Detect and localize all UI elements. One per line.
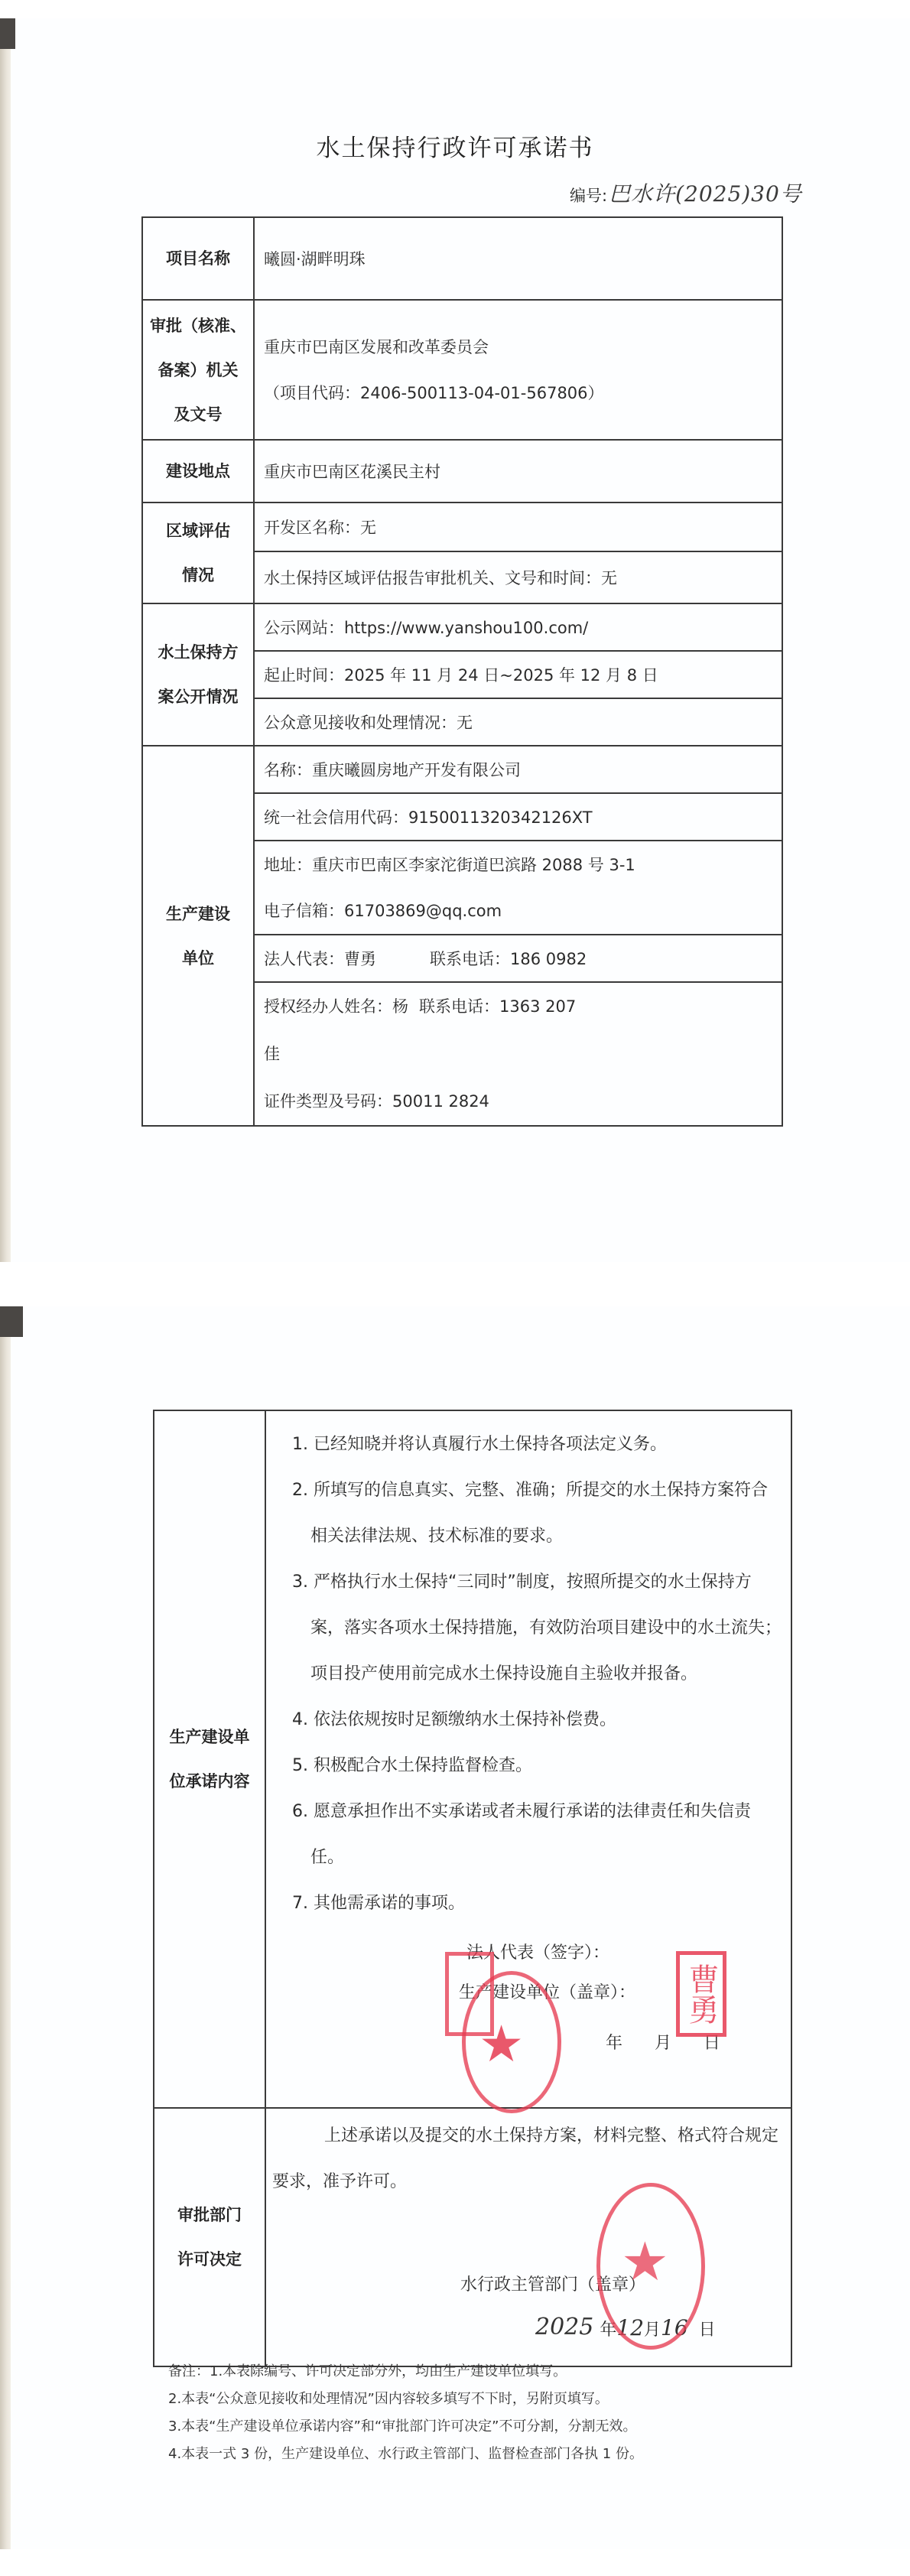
value-location: 重庆市巴南区花溪民主村	[254, 440, 782, 503]
commitment-item-cont: 相关法律法规、技术标准的要求。	[292, 1514, 785, 1560]
note-1: 备注：1.本表除编号、许可决定部分外，均由生产建设单位填写。	[168, 2358, 643, 2386]
value-address: 地址：重庆市巴南区李家沱街道巴滨路 2088 号 3-1	[264, 842, 782, 888]
value-email: 电子信箱：61703869@qq.com	[264, 888, 782, 934]
row-location: 建设地点 重庆市巴南区花溪民主村	[142, 440, 782, 503]
decision-text-1: 上述承诺以及提交的水土保持方案，材料完整、格式符合规定	[272, 2109, 785, 2159]
row-approval: 审批（核准、 备案）机关 及文号 重庆市巴南区发展和改革委员会 （项目代码：24…	[142, 300, 782, 440]
commitment-item-cont: 案，落实各项水土保持措施，有效防治项目建设中的水土流失；	[292, 1605, 785, 1651]
info-table: 项目名称 曦圆·湖畔明珠 审批（核准、 备案）机关 及文号 重庆市巴南区发展和改…	[141, 216, 783, 1127]
commitment-item: 6. 愿意承担作出不实承诺或者未履行承诺的法律责任和失信责	[292, 1789, 785, 1835]
value-period: 起止时间：2025 年 11 月 24 日~2025 年 12 月 8 日	[254, 651, 782, 698]
notes: 备注：1.本表除编号、许可决定部分外，均由生产建设单位填写。 2.本表“公众意见…	[168, 2358, 643, 2468]
serial-label: 编号:	[570, 187, 607, 205]
value-public-opinion: 公众意见接收和处理情况：无	[254, 698, 782, 746]
row-regional-1: 区域评估 情况 开发区名称：无	[142, 503, 782, 551]
value-assessment-report: 水土保持区域评估报告审批机关、文号和时间：无	[254, 551, 782, 603]
commitment-item-cont: 任。	[292, 1835, 785, 1881]
commitment-item: 1. 已经知晓并将认真履行水土保持各项法定义务。	[292, 1422, 785, 1468]
label-project-name: 项目名称	[142, 217, 254, 300]
commitment-item: 2. 所填写的信息真实、完整、准确；所提交的水土保持方案符合	[292, 1468, 785, 1514]
company-seal-star: ★	[479, 2019, 524, 2070]
commitment-item-cont: 项目投产使用前完成水土保持设施自主验收并报备。	[292, 1651, 785, 1697]
document-title: 水土保持行政许可承诺书	[0, 128, 910, 163]
value-unit-name: 名称：重庆曦圆房地产开发有限公司	[254, 746, 782, 793]
label-decision: 审批部门 许可决定	[154, 2108, 265, 2366]
row-disclosure-1: 水土保持方 案公开情况 公示网站：https://www.yanshou100.…	[142, 603, 782, 651]
row-unit-name: 生产建设 单位 名称：重庆曦圆房地产开发有限公司	[142, 746, 782, 793]
commitment-item: 5. 积极配合水土保持监督检查。	[292, 1743, 785, 1789]
date-year-handwritten: 2025	[535, 2314, 593, 2340]
value-dev-zone: 开发区名称：无	[254, 503, 782, 551]
note-2: 2.本表“公众意见接收和处理情况”因内容较多填写不下时，另附页填写。	[168, 2386, 643, 2413]
commitment-item: 3. 严格执行水土保持“三同时”制度，按照所提交的水土保持方	[292, 1560, 785, 1605]
scan-edge	[0, 1306, 11, 2549]
serial-number: 编号:巴水许(2025)30号	[570, 177, 802, 208]
value-id-number: 证件类型及号码：50011 2824	[264, 1078, 782, 1125]
value-project-name: 曦圆·湖畔明珠	[254, 217, 782, 300]
label-approval: 审批（核准、 备案）机关 及文号	[142, 300, 254, 440]
commitment-item: 4. 依法依规按时足额缴纳水土保持补偿费。	[292, 1697, 785, 1743]
value-agent-phone: 联系电话：1363 207	[419, 983, 576, 1078]
authority-seal-star: ★	[621, 2235, 669, 2288]
value-legal-rep: 法人代表：曹勇	[264, 947, 430, 970]
row-project-name: 项目名称 曦圆·湖畔明珠	[142, 217, 782, 300]
note-4: 4.本表一式 3 份，生产建设单位、水行政主管部门、监督检查部门各执 1 份。	[168, 2441, 643, 2468]
scan-edge-shadow	[0, 1306, 23, 1337]
label-commitment: 生产建设单 位承诺内容	[154, 1410, 265, 2108]
label-location: 建设地点	[142, 440, 254, 503]
label-regional-assessment: 区域评估 情况	[142, 503, 254, 603]
value-legal-rep-phone: 联系电话：186 0982	[430, 947, 587, 970]
legal-rep-signature-seal: 曹勇	[676, 1951, 726, 2037]
commitment-item: 7. 其他需承诺的事项。	[292, 1881, 785, 1927]
value-approval: 重庆市巴南区发展和改革委员会 （项目代码：2406-500113-04-01-5…	[254, 300, 782, 440]
decision-text-2: 要求，准予许可。	[272, 2159, 785, 2205]
scan-edge-shadow	[0, 18, 15, 49]
serial-handwritten: 巴水许(2025)30号	[609, 181, 802, 207]
scan-edge	[0, 18, 11, 1262]
value-agent: 授权经办人姓名：杨佳	[264, 983, 419, 1078]
value-credit-code: 统一社会信用代码：9150011320342126XT	[254, 793, 782, 841]
decision-content: 上述承诺以及提交的水土保持方案，材料完整、格式符合规定 要求，准予许可。 水行政…	[265, 2108, 791, 2366]
note-3: 3.本表“生产建设单位承诺内容”和“审批部门许可决定”不可分割，分割无效。	[168, 2413, 643, 2441]
label-construction-unit: 生产建设 单位	[142, 746, 254, 1126]
value-public-website: 公示网站：https://www.yanshou100.com/	[254, 603, 782, 651]
label-plan-disclosure: 水土保持方 案公开情况	[142, 603, 254, 746]
